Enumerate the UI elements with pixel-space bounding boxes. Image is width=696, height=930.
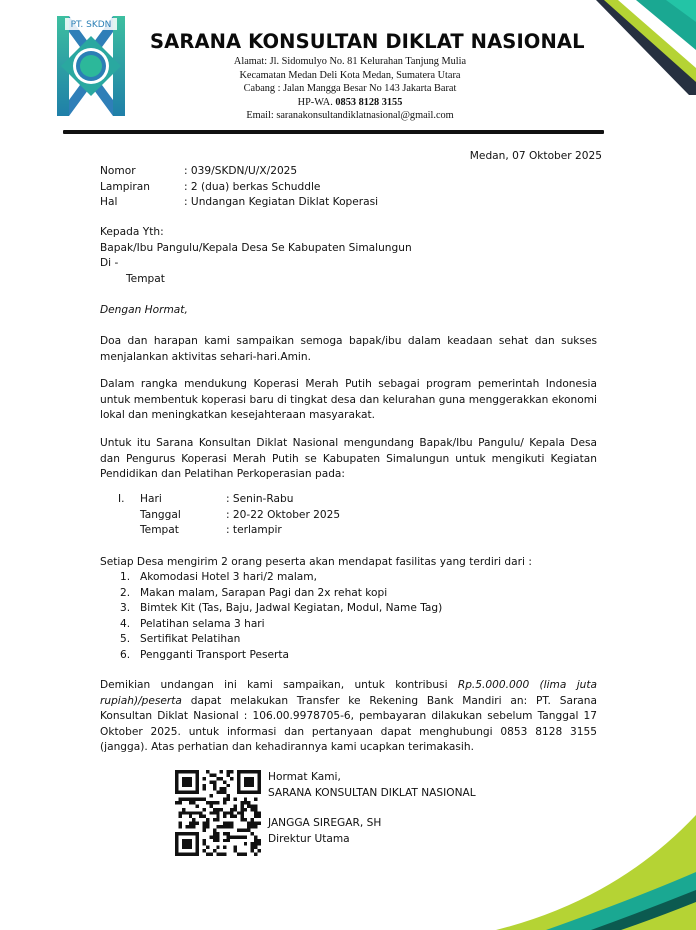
signature-organization: SARANA KONSULTAN DIKLAT NASIONAL	[268, 786, 476, 802]
meta-row-lampiran: Lampiran: 2 (dua) berkas Schuddle	[100, 180, 378, 196]
schedule-row: Tanggal: 20-22 Oktober 2025	[118, 508, 340, 524]
meta-value: : 039/SKDN/U/X/2025	[184, 164, 297, 180]
meta-row-nomor: Nomor: 039/SKDN/U/X/2025	[100, 164, 378, 180]
schedule-row: Tempat: terlampir	[118, 523, 340, 539]
letter-meta: Nomor: 039/SKDN/U/X/2025 Lampiran: 2 (du…	[100, 164, 378, 211]
recipient-line: Di -	[100, 256, 412, 272]
paragraph-context: Dalam rangka mendukung Koperasi Merah Pu…	[100, 377, 597, 424]
paragraph-closing: Demikian undangan ini kami sampaikan, un…	[100, 678, 597, 756]
meta-value: : 2 (dua) berkas Schuddle	[184, 180, 320, 196]
list-text: Pelatihan selama 3 hari	[140, 617, 265, 633]
list-text: Makan malam, Sarapan Pagi dan 2x rehat k…	[140, 586, 387, 602]
schedule-label: Tanggal	[140, 508, 226, 524]
schedule-value: : Senin-Rabu	[226, 492, 293, 508]
company-logo-icon: PT. SKDN	[55, 12, 127, 120]
address-line: Kecamatan Medan Deli Kota Medan, Sumater…	[200, 69, 500, 83]
schedule-label: Tempat	[140, 523, 226, 539]
meta-label: Lampiran	[100, 180, 184, 196]
list-text: Pengganti Transport Peserta	[140, 648, 289, 664]
address-line: Alamat: Jl. Sidomulyo No. 81 Kelurahan T…	[200, 55, 500, 69]
recipient-line: Tempat	[100, 272, 412, 288]
list-item: 2.Makan malam, Sarapan Pagi dan 2x rehat…	[120, 586, 442, 602]
meta-value: : Undangan Kegiatan Diklat Koperasi	[184, 195, 378, 211]
signature-block: Hormat Kami, SARANA KONSULTAN DIKLAT NAS…	[268, 770, 476, 847]
signatory-title: Direktur Utama	[268, 832, 476, 848]
phone-label: HP-WA.	[298, 97, 333, 108]
recipient-line: Bapak/Ibu Pangulu/Kepala Desa Se Kabupat…	[100, 241, 412, 257]
phone-line: HP-WA. 0853 8128 3155	[200, 96, 500, 110]
list-text: Akomodasi Hotel 3 hari/2 malam,	[140, 570, 317, 586]
paragraph-invitation: Untuk itu Sarana Konsultan Diklat Nasion…	[100, 436, 597, 483]
schedule-value: : 20-22 Oktober 2025	[226, 508, 340, 524]
list-text: Sertifikat Pelatihan	[140, 632, 240, 648]
phone-number: 0853 8128 3155	[335, 97, 402, 108]
place-date: Medan, 07 Oktober 2025	[470, 149, 602, 165]
list-item: 5.Sertifikat Pelatihan	[120, 632, 442, 648]
paragraph-greeting: Doa dan harapan kami sampaikan semoga ba…	[100, 334, 597, 365]
closing-text: Demikian undangan ini kami sampaikan, un…	[100, 679, 458, 691]
signature-closing: Hormat Kami,	[268, 770, 476, 786]
email-line: Email: saranakonsultandiklatnasional@gma…	[200, 109, 500, 123]
header-divider	[63, 130, 604, 134]
schedule-number: I.	[118, 492, 140, 508]
salutation: Dengan Hormat,	[100, 303, 188, 319]
facilities-intro: Setiap Desa mengirim 2 orang peserta aka…	[100, 555, 532, 571]
list-number: 1.	[120, 570, 140, 586]
list-text: Bimtek Kit (Tas, Baju, Jadwal Kegiatan, …	[140, 601, 442, 617]
facilities-list: 1.Akomodasi Hotel 3 hari/2 malam, 2.Maka…	[120, 570, 442, 663]
list-item: 4.Pelatihan selama 3 hari	[120, 617, 442, 633]
list-number: 2.	[120, 586, 140, 602]
signatory-name: JANGGA SIREGAR, SH	[268, 816, 476, 832]
recipient-line: Kepada Yth:	[100, 225, 412, 241]
list-number: 4.	[120, 617, 140, 633]
meta-label: Hal	[100, 195, 184, 211]
schedule-label: Hari	[140, 492, 226, 508]
meta-label: Nomor	[100, 164, 184, 180]
address-line: Cabang : Jalan Mangga Besar No 143 Jakar…	[200, 82, 500, 96]
list-number: 5.	[120, 632, 140, 648]
meta-row-hal: Hal: Undangan Kegiatan Diklat Koperasi	[100, 195, 378, 211]
corner-decoration-bottom	[496, 780, 696, 930]
qr-code-icon	[175, 770, 261, 856]
list-item: 1.Akomodasi Hotel 3 hari/2 malam,	[120, 570, 442, 586]
logo-text: PT. SKDN	[71, 20, 112, 30]
recipient-block: Kepada Yth: Bapak/Ibu Pangulu/Kepala Des…	[100, 225, 412, 287]
letterhead-address: Alamat: Jl. Sidomulyo No. 81 Kelurahan T…	[200, 55, 500, 123]
schedule-value: : terlampir	[226, 523, 282, 539]
list-number: 6.	[120, 648, 140, 664]
list-item: 3.Bimtek Kit (Tas, Baju, Jadwal Kegiatan…	[120, 601, 442, 617]
organization-name: SARANA KONSULTAN DIKLAT NASIONAL	[150, 30, 585, 53]
schedule-row: I.Hari: Senin-Rabu	[118, 492, 340, 508]
schedule-block: I.Hari: Senin-Rabu Tanggal: 20-22 Oktobe…	[118, 492, 340, 539]
list-number: 3.	[120, 601, 140, 617]
list-item: 6.Pengganti Transport Peserta	[120, 648, 442, 664]
